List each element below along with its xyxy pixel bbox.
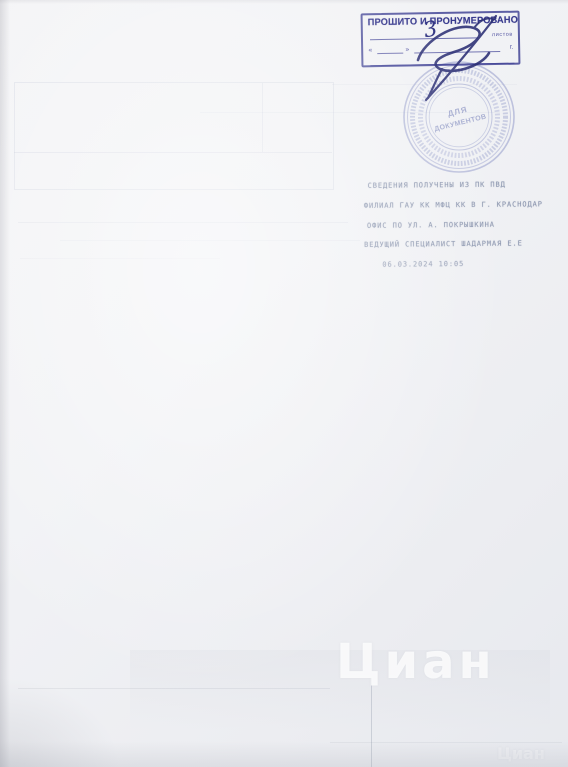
info-stamp-line: ОФИС ПО УЛ. А. ПОКРЫШКИНА [364, 215, 564, 237]
showthrough-line [14, 152, 332, 153]
info-stamp-line: ВЕДУЩИЙ СПЕЦИАЛИСТ ШАДАРМАЯ Е.Е [364, 235, 564, 257]
cian-watermark: Циан [336, 634, 496, 690]
info-stamp-line: ФИЛИАЛ ГАУ КК МФЦ КК В Г. КРАСНОДАР [364, 195, 564, 217]
photo-edge-shadow-left [0, 0, 10, 767]
photo-corner-shadow [0, 677, 120, 767]
document-photo: ДЛЯ ДОКУМЕНТОВ ПРОШИТО И ПРОНУМЕРОВАНО 3… [0, 0, 568, 767]
showthrough-line [262, 83, 263, 152]
showthrough-table-outline [14, 82, 334, 190]
photo-edge-shadow-top [0, 0, 568, 4]
showthrough-line [20, 258, 220, 259]
showthrough-line [18, 222, 348, 223]
showthrough-line [60, 240, 360, 241]
info-stamp-datetime: 06.03.2024 10:05 [364, 254, 564, 276]
mfc-info-stamp: СВЕДЕНИЯ ПОЛУЧЕНЫ ИЗ ПК ПВД ФИЛИАЛ ГАУ К… [364, 175, 565, 276]
handwritten-signature [390, 6, 530, 156]
quote-open: « [368, 46, 372, 54]
info-stamp-line: СВЕДЕНИЯ ПОЛУЧЕНЫ ИЗ ПК ПВД [364, 175, 564, 197]
